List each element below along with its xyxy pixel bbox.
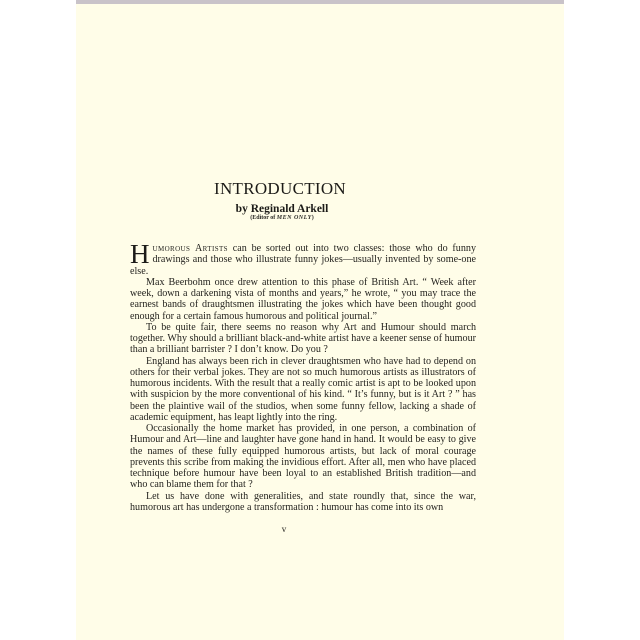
body-text: Humorous Artists can be sorted out into …	[130, 243, 476, 513]
smallcaps-lead: umorous Artists	[153, 243, 228, 254]
paragraph: Occasionally the home market has provide…	[130, 423, 476, 491]
paragraph: Humorous Artists can be sorted out into …	[130, 243, 476, 277]
editor-suffix: )	[312, 215, 314, 221]
paragraph: Let us have done with generalities, and …	[130, 491, 476, 514]
paragraph: England has always been rich in clever d…	[130, 356, 476, 424]
byline: by Reginald Arkell	[38, 203, 526, 215]
publication-name: MEN ONLY	[277, 215, 312, 221]
drop-cap: H	[130, 244, 150, 264]
paragraph: To be quite fair, there seems no reason …	[130, 322, 476, 356]
paragraph: Max Beerbohm once drew attention to this…	[130, 277, 476, 322]
page-title: INTRODUCTION	[36, 179, 524, 199]
editor-note: (Editor of MEN ONLY)	[38, 215, 526, 221]
page-number: v	[40, 524, 528, 534]
editor-prefix: (Editor of	[250, 215, 277, 221]
book-page: INTRODUCTION by Reginald Arkell (Editor …	[76, 0, 564, 640]
